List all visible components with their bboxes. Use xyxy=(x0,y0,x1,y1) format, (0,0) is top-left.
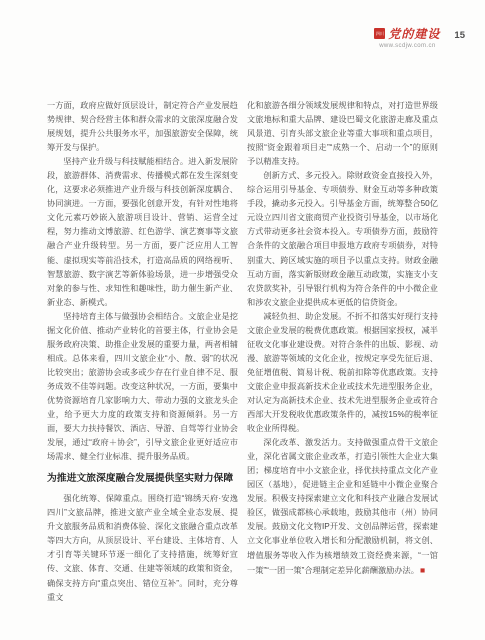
article-column-left: 一方面，政府应做好顶层设计，制定符合产业发展趋势规律、契合经营主体和群众需求的文… xyxy=(47,99,238,605)
paragraph-entities-associations: 坚持培育主体与做强协会相结合。文旅企业是挖掘文化价值、推动产业转化的首要主体，行… xyxy=(47,310,238,465)
section-heading: 为推进文旅深度融合发展提供坚实财力保障 xyxy=(47,473,238,485)
masthead: 四川 党的建设 www.scdjw.com.cn 15 xyxy=(374,25,465,49)
logo-seal-icon: 四川 xyxy=(374,28,385,39)
article-column-right: 化和旅游各细分领域发展规律和特点，对打造世界级文旅地标和重大品牌、建设巴蜀文化旅… xyxy=(247,99,438,578)
paragraph-reform-text: 深化改革、激发活力。支持做强重点骨干文旅企业，深化省属文旅企业改革，打造引领性大… xyxy=(247,438,438,574)
magazine-logo: 四川 党的建设 www.scdjw.com.cn xyxy=(374,25,440,49)
paragraph-industry-tech: 坚持产业升级与科技赋能相结合。进入新发展阶段，旅游群体、消费需求、传播模式都在发… xyxy=(47,155,238,310)
paragraph-coordination-continued: 化和旅游各细分领域发展规律和特点，对打造世界级文旅地标和重大品牌、建设巴蜀文化旅… xyxy=(247,99,438,169)
paragraph-tax-relief: 减轻负担、助企发展。不折不扣落实好现行支持文旅企业发展的税费优惠政策。根据国家授… xyxy=(247,310,438,436)
paragraph-investment: 创新方式、多元投入。除财政资金直接投入外，综合运用引导基金、专项债券、财金互动等… xyxy=(247,169,438,309)
article-end-mark-icon: ■ xyxy=(420,565,425,575)
magazine-page: 四川 党的建设 www.scdjw.com.cn 15 一方面，政府应做好顶层设… xyxy=(0,0,485,640)
paragraph-reform: 深化改革、激发活力。支持做强重点骨干文旅企业，深化省属文旅企业改革，打造引领性大… xyxy=(247,436,438,577)
paragraph-continuation: 一方面，政府应做好顶层设计，制定符合产业发展趋势规律、契合经营主体和群众需求的文… xyxy=(47,99,238,155)
page-number: 15 xyxy=(454,30,465,41)
magazine-title: 党的建设 xyxy=(388,25,440,42)
paragraph-coordination: 强化统筹、保障重点。围绕打造“锦绣天府·安逸四川”文旅品牌，推进文旅产业全域全业… xyxy=(47,492,238,604)
magazine-url: www.scdjw.com.cn xyxy=(374,43,440,49)
